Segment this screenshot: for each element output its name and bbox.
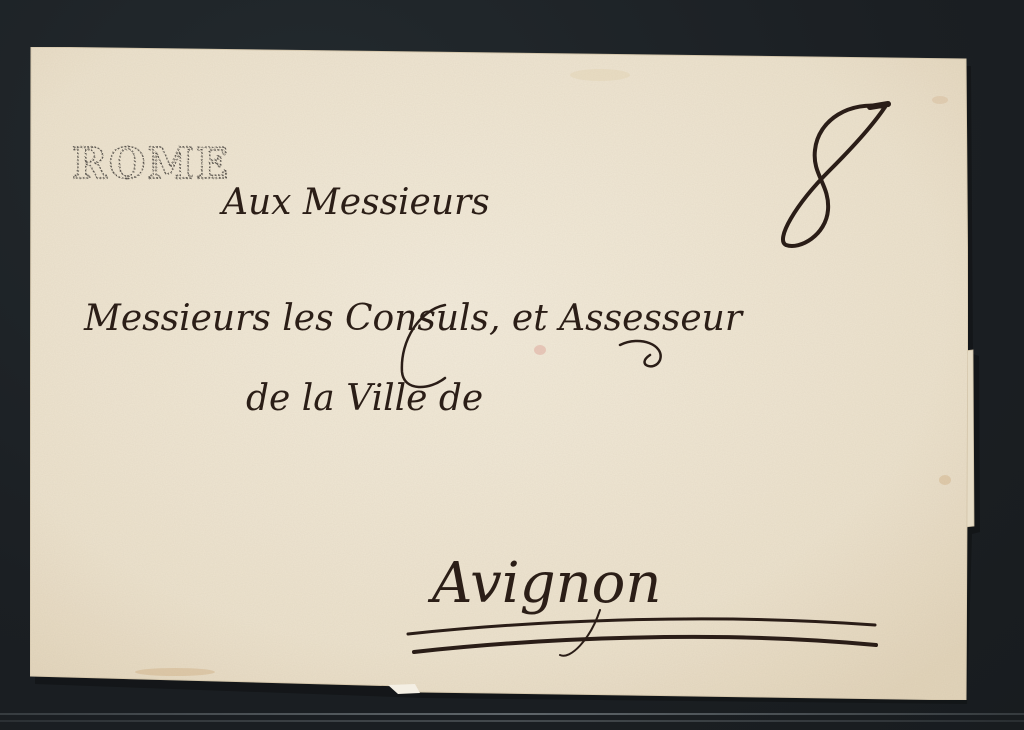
svg-text:8: 8 (0, 0, 1, 1)
address-line-aux-messieurs: Aux Messieurs (219, 182, 490, 223)
address-city-avignon: Avignon (427, 551, 661, 616)
postmark-rome: ROME (72, 139, 230, 188)
photo-stage: ROME 8 Aux Messieurs Messieurs les Consu… (0, 0, 1024, 730)
address-line-ville: de la Ville de (246, 378, 483, 419)
address-line-consuls: Messieurs les Consuls, et Assesseur (83, 298, 744, 339)
letter-cover: ROME 8 Aux Messieurs Messieurs les Consu… (0, 0, 1024, 730)
